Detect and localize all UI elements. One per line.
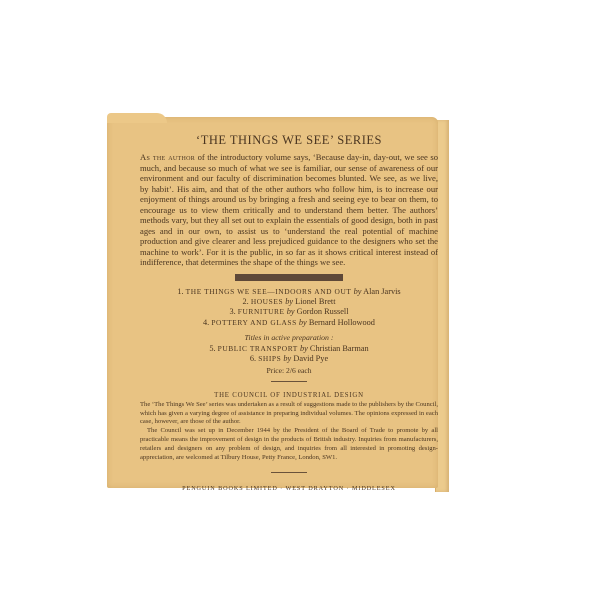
publisher-imprint: PENGUIN BOOKS LIMITED · WEST DRAYTON · M… xyxy=(140,485,438,492)
title-item: 4. POTTERY AND GLASS by Bernard Hollowoo… xyxy=(140,318,438,328)
intro-text: of the introductory volume says, ‘Becaus… xyxy=(140,152,438,267)
intro-lead: As the author xyxy=(140,152,195,162)
series-title: ‘THE THINGS WE SEE’ SERIES xyxy=(140,133,438,148)
title-item: 2. HOUSES by Lionel Brett xyxy=(140,297,438,307)
title-item: 3. FURNITURE by Gordon Russell xyxy=(140,307,438,317)
short-rule xyxy=(271,381,307,382)
price-label: Price: 2/6 each xyxy=(140,366,438,376)
short-rule xyxy=(271,472,307,473)
divider-bar xyxy=(235,274,343,281)
intro-paragraph: As the author of the introductory volume… xyxy=(140,152,438,268)
cover-content: ‘THE THINGS WE SEE’ SERIES As the author… xyxy=(140,133,438,492)
published-titles-list: 1. THE THINGS WE SEE—INDOORS AND OUT by … xyxy=(140,287,438,382)
council-paragraph-2: The Council was set up in December 1944 … xyxy=(140,427,438,462)
title-item: 5. PUBLIC TRANSPORT by Christian Barman xyxy=(140,344,438,354)
title-item: 6. SHIPS by David Pye xyxy=(140,354,438,364)
in-preparation-label: Titles in active preparation : xyxy=(140,333,438,343)
title-item: 1. THE THINGS WE SEE—INDOORS AND OUT by … xyxy=(140,287,438,297)
council-paragraph-1: The ‘The Things We See’ series was under… xyxy=(140,401,438,427)
council-heading: THE COUNCIL OF INDUSTRIAL DESIGN xyxy=(140,392,438,399)
